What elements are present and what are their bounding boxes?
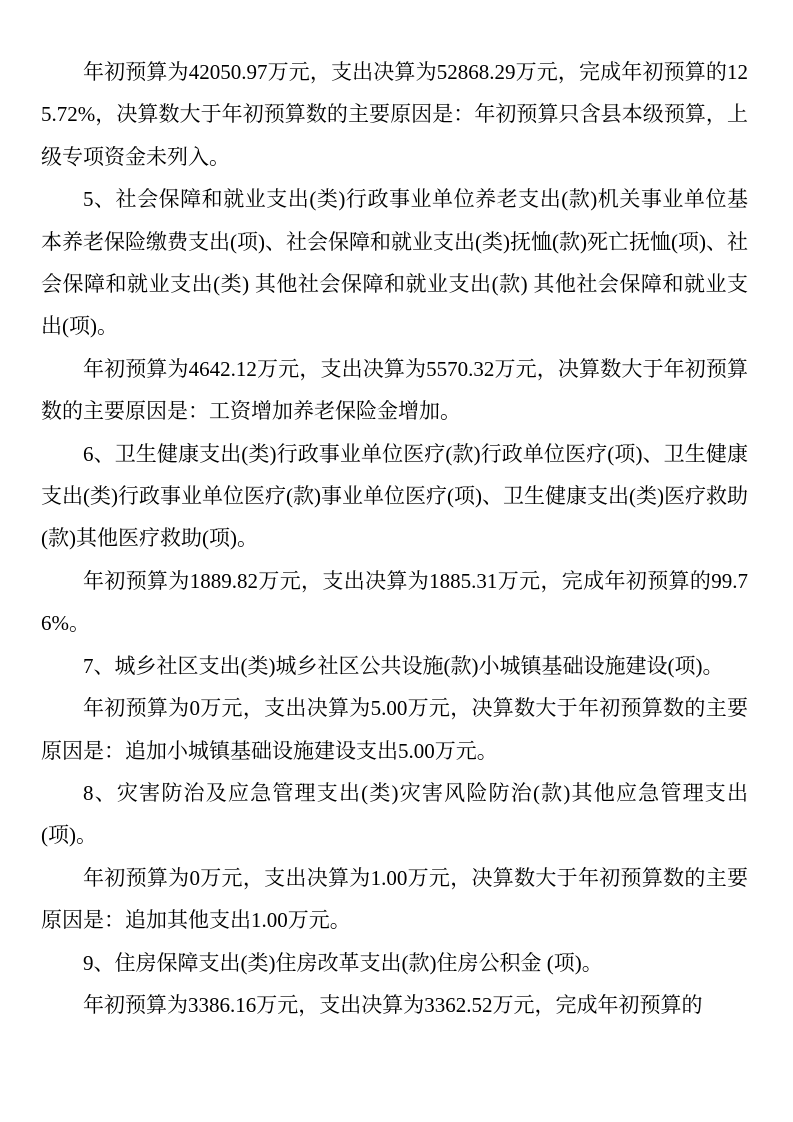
paragraph-item-6-budget-figures: 年初预算为1889.82万元，支出决算为1885.31万元，完成年初预算的99.… [41,560,748,645]
paragraph-item-7-urban-rural-community: 7、城乡社区支出(类)城乡社区公共设施(款)小城镇基础设施建设(项)。 [41,645,748,687]
paragraph-budget-summary: 年初预算为42050.97万元，支出决算为52868.29万元，完成年初预算的1… [41,51,748,178]
document-page: 年初预算为42050.97万元，支出决算为52868.29万元，完成年初预算的1… [0,0,793,1122]
paragraph-item-9-budget-figures: 年初预算为3386.16万元，支出决算为3362.52万元，完成年初预算的 [41,984,748,1026]
paragraph-item-5-budget-figures: 年初预算为4642.12万元，支出决算为5570.32万元，决算数大于年初预算数… [41,348,748,433]
paragraph-item-8-budget-figures: 年初预算为0万元，支出决算为1.00万元，决算数大于年初预算数的主要原因是：追加… [41,857,748,942]
paragraph-item-9-housing: 9、住房保障支出(类)住房改革支出(款)住房公积金 (项)。 [41,942,748,984]
paragraph-item-5-social-security: 5、社会保障和就业支出(类)行政事业单位养老支出(款)机关事业单位基本养老保险缴… [41,178,748,348]
paragraph-item-6-health: 6、卫生健康支出(类)行政事业单位医疗(款)行政单位医疗(项)、卫生健康支出(类… [41,433,748,560]
paragraph-item-7-budget-figures: 年初预算为0万元，支出决算为5.00万元，决算数大于年初预算数的主要原因是：追加… [41,687,748,772]
paragraph-item-8-disaster-emergency: 8、灾害防治及应急管理支出(类)灾害风险防治(款)其他应急管理支出(项)。 [41,772,748,857]
